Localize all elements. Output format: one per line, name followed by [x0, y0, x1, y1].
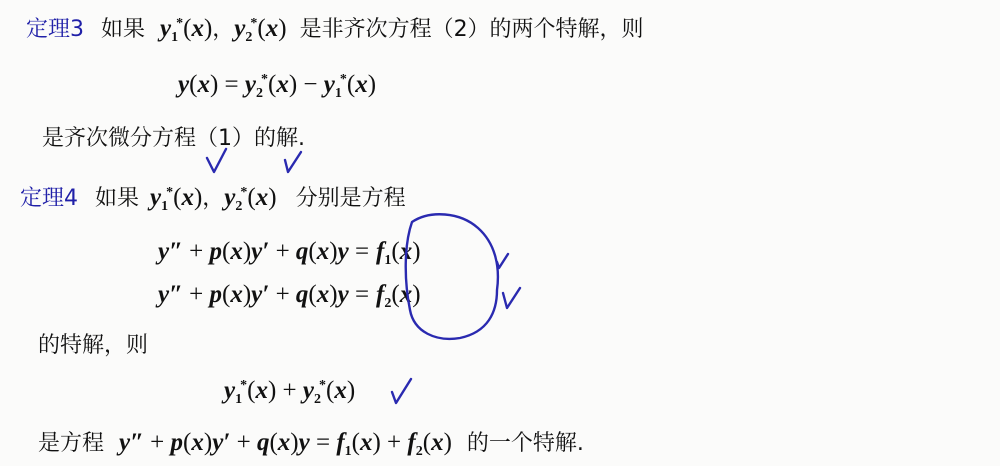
theorem4-y1: y1*(x) [150, 184, 202, 211]
theorem4-statement: 定理4 如果 y1*(x)，y2*(x) 分别是方程 [20, 183, 406, 214]
comma: ， [202, 186, 224, 211]
formula-difference: y(x) = y2*(x) − y1*(x) [178, 71, 376, 98]
equation-2-lhs: y″ + p(x)y′ + q(x)y = [158, 281, 369, 308]
formula-sum: y1*(x) + y2*(x) [224, 377, 355, 404]
theorem4-conclusion: 是方程 y″ + p(x)y′ + q(x)y = f1(x) + f2(x) … [38, 428, 584, 459]
comma: ， [212, 17, 234, 42]
equation-1: y″ + p(x)y′ + q(x)y = f1(x) [158, 237, 421, 268]
theorem4-label: 定理4 [20, 186, 78, 211]
theorem3-label: 定理3 [26, 17, 84, 42]
theorem3-if: 如果 [101, 17, 145, 42]
theorem3-statement: 定理3 如果 y1*(x)，y2*(x) 是非齐次方程（2）的两个特解，则 [26, 14, 644, 45]
equation-2-rhs: f2(x) [376, 281, 420, 308]
equation-2: y″ + p(x)y′ + q(x)y = f2(x) [158, 280, 421, 311]
theorem3-conclusion: 是齐次微分方程（1）的解. [42, 124, 305, 154]
theorem3-y2: y2*(x) [234, 15, 286, 42]
conclusion-prefix: 是方程 [38, 431, 104, 456]
handwritten-annotations [0, 0, 1000, 466]
theorem4-condition: 分别是方程 [296, 186, 406, 211]
conclusion-equation: y″ + p(x)y′ + q(x)y = f1(x) + f2(x) [119, 429, 452, 456]
conclusion-suffix: 的一个特解. [467, 431, 584, 456]
checkmark-icon [503, 288, 520, 308]
theorem3-condition: 是非齐次方程（2）的两个特解，则 [300, 17, 644, 42]
theorem4-particular: 的特解，则 [38, 331, 148, 361]
theorem3-y1: y1*(x) [160, 15, 212, 42]
checkmark-icon [497, 254, 508, 268]
checkmark-icon [392, 379, 411, 403]
equation-1-lhs: y″ + p(x)y′ + q(x)y = [158, 238, 369, 265]
circle-annotation-icon [406, 214, 498, 339]
theorem4-if: 如果 [95, 186, 139, 211]
equation-1-rhs: f1(x) [376, 238, 420, 265]
theorem3-formula: y(x) = y2*(x) − y1*(x) [178, 70, 376, 101]
theorem4-sum: y1*(x) + y2*(x) [224, 376, 355, 407]
checkmark-icon [285, 152, 301, 172]
theorem4-y2: y2*(x) [224, 184, 276, 211]
